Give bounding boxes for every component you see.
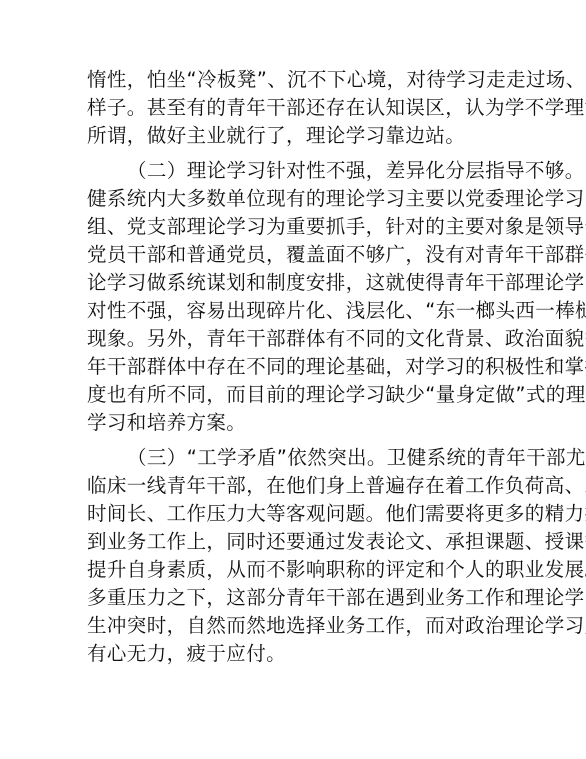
text-line: 健系统内大多数单位现有的理论学习主要以党委理论学习中心	[87, 185, 499, 213]
text-line: 组、党支部理论学习为重要抓手，针对的主要对象是领导干部、	[87, 213, 499, 241]
text-line: 度也有所不同，而目前的理论学习缺少“量身定做”式的理论	[87, 381, 499, 409]
text-line: 惰性，怕坐“冷板凳”、沉不下心境，对待学习走走过场、做做	[87, 66, 499, 94]
text-line: 多重压力之下，这部分青年干部在遇到业务工作和理论学习发	[87, 584, 499, 612]
text-line: 临床一线青年干部，在他们身上普遍存在着工作负荷高、工作	[87, 472, 499, 500]
text-line: 生冲突时，自然而然地选择业务工作，而对政治理论学习则是	[87, 612, 499, 640]
paragraph-2: （二）理论学习针对性不强，差异化分层指导不够。目前，卫 健系统内大多数单位现有的…	[87, 157, 499, 437]
section-heading-line: （二）理论学习针对性不强，差异化分层指导不够。目前，卫	[87, 157, 499, 185]
text-line: 样子。甚至有的青年干部还存在认知误区，认为学不学理论无	[87, 94, 499, 122]
text-line: 提升自身素质，从而不影响职称的评定和个人的职业发展。在	[87, 556, 499, 584]
text-line: 时间长、工作压力大等客观问题。他们需要将更多的精力投入	[87, 500, 499, 528]
text-line: 到业务工作上，同时还要通过发表论文、承担课题、授课等全面	[87, 528, 499, 556]
text-line: 现象。另外，青年干部群体有不同的文化背景、政治面貌等，青	[87, 325, 499, 353]
text-line: 年干部群体中存在不同的理论基础，对学习的积极性和掌握程	[87, 353, 499, 381]
document-page: 惰性，怕坐“冷板凳”、沉不下心境，对待学习走走过场、做做 样子。甚至有的青年干部…	[0, 0, 586, 759]
paragraph-3: （三）“工学矛盾”依然突出。卫健系统的青年干部尤其是 临床一线青年干部，在他们身…	[87, 444, 499, 668]
text-line: 所谓，做好主业就行了，理论学习靠边站。	[87, 122, 499, 150]
text-line: 学习和培养方案。	[87, 409, 499, 437]
text-line: 党员干部和普通党员，覆盖面不够广，没有对青年干部群体理	[87, 241, 499, 269]
section-heading-line: （三）“工学矛盾”依然突出。卫健系统的青年干部尤其是	[87, 444, 499, 472]
paragraph-1: 惰性，怕坐“冷板凳”、沉不下心境，对待学习走走过场、做做 样子。甚至有的青年干部…	[87, 66, 499, 150]
text-line: 对性不强，容易出现碎片化、浅层化、“东一榔头西一棒槌”等	[87, 297, 499, 325]
body-text: 惰性，怕坐“冷板凳”、沉不下心境，对待学习走走过场、做做 样子。甚至有的青年干部…	[87, 66, 499, 675]
text-line: 有心无力，疲于应付。	[87, 640, 499, 668]
text-line: 论学习做系统谋划和制度安排，这就使得青年干部理论学习针	[87, 269, 499, 297]
